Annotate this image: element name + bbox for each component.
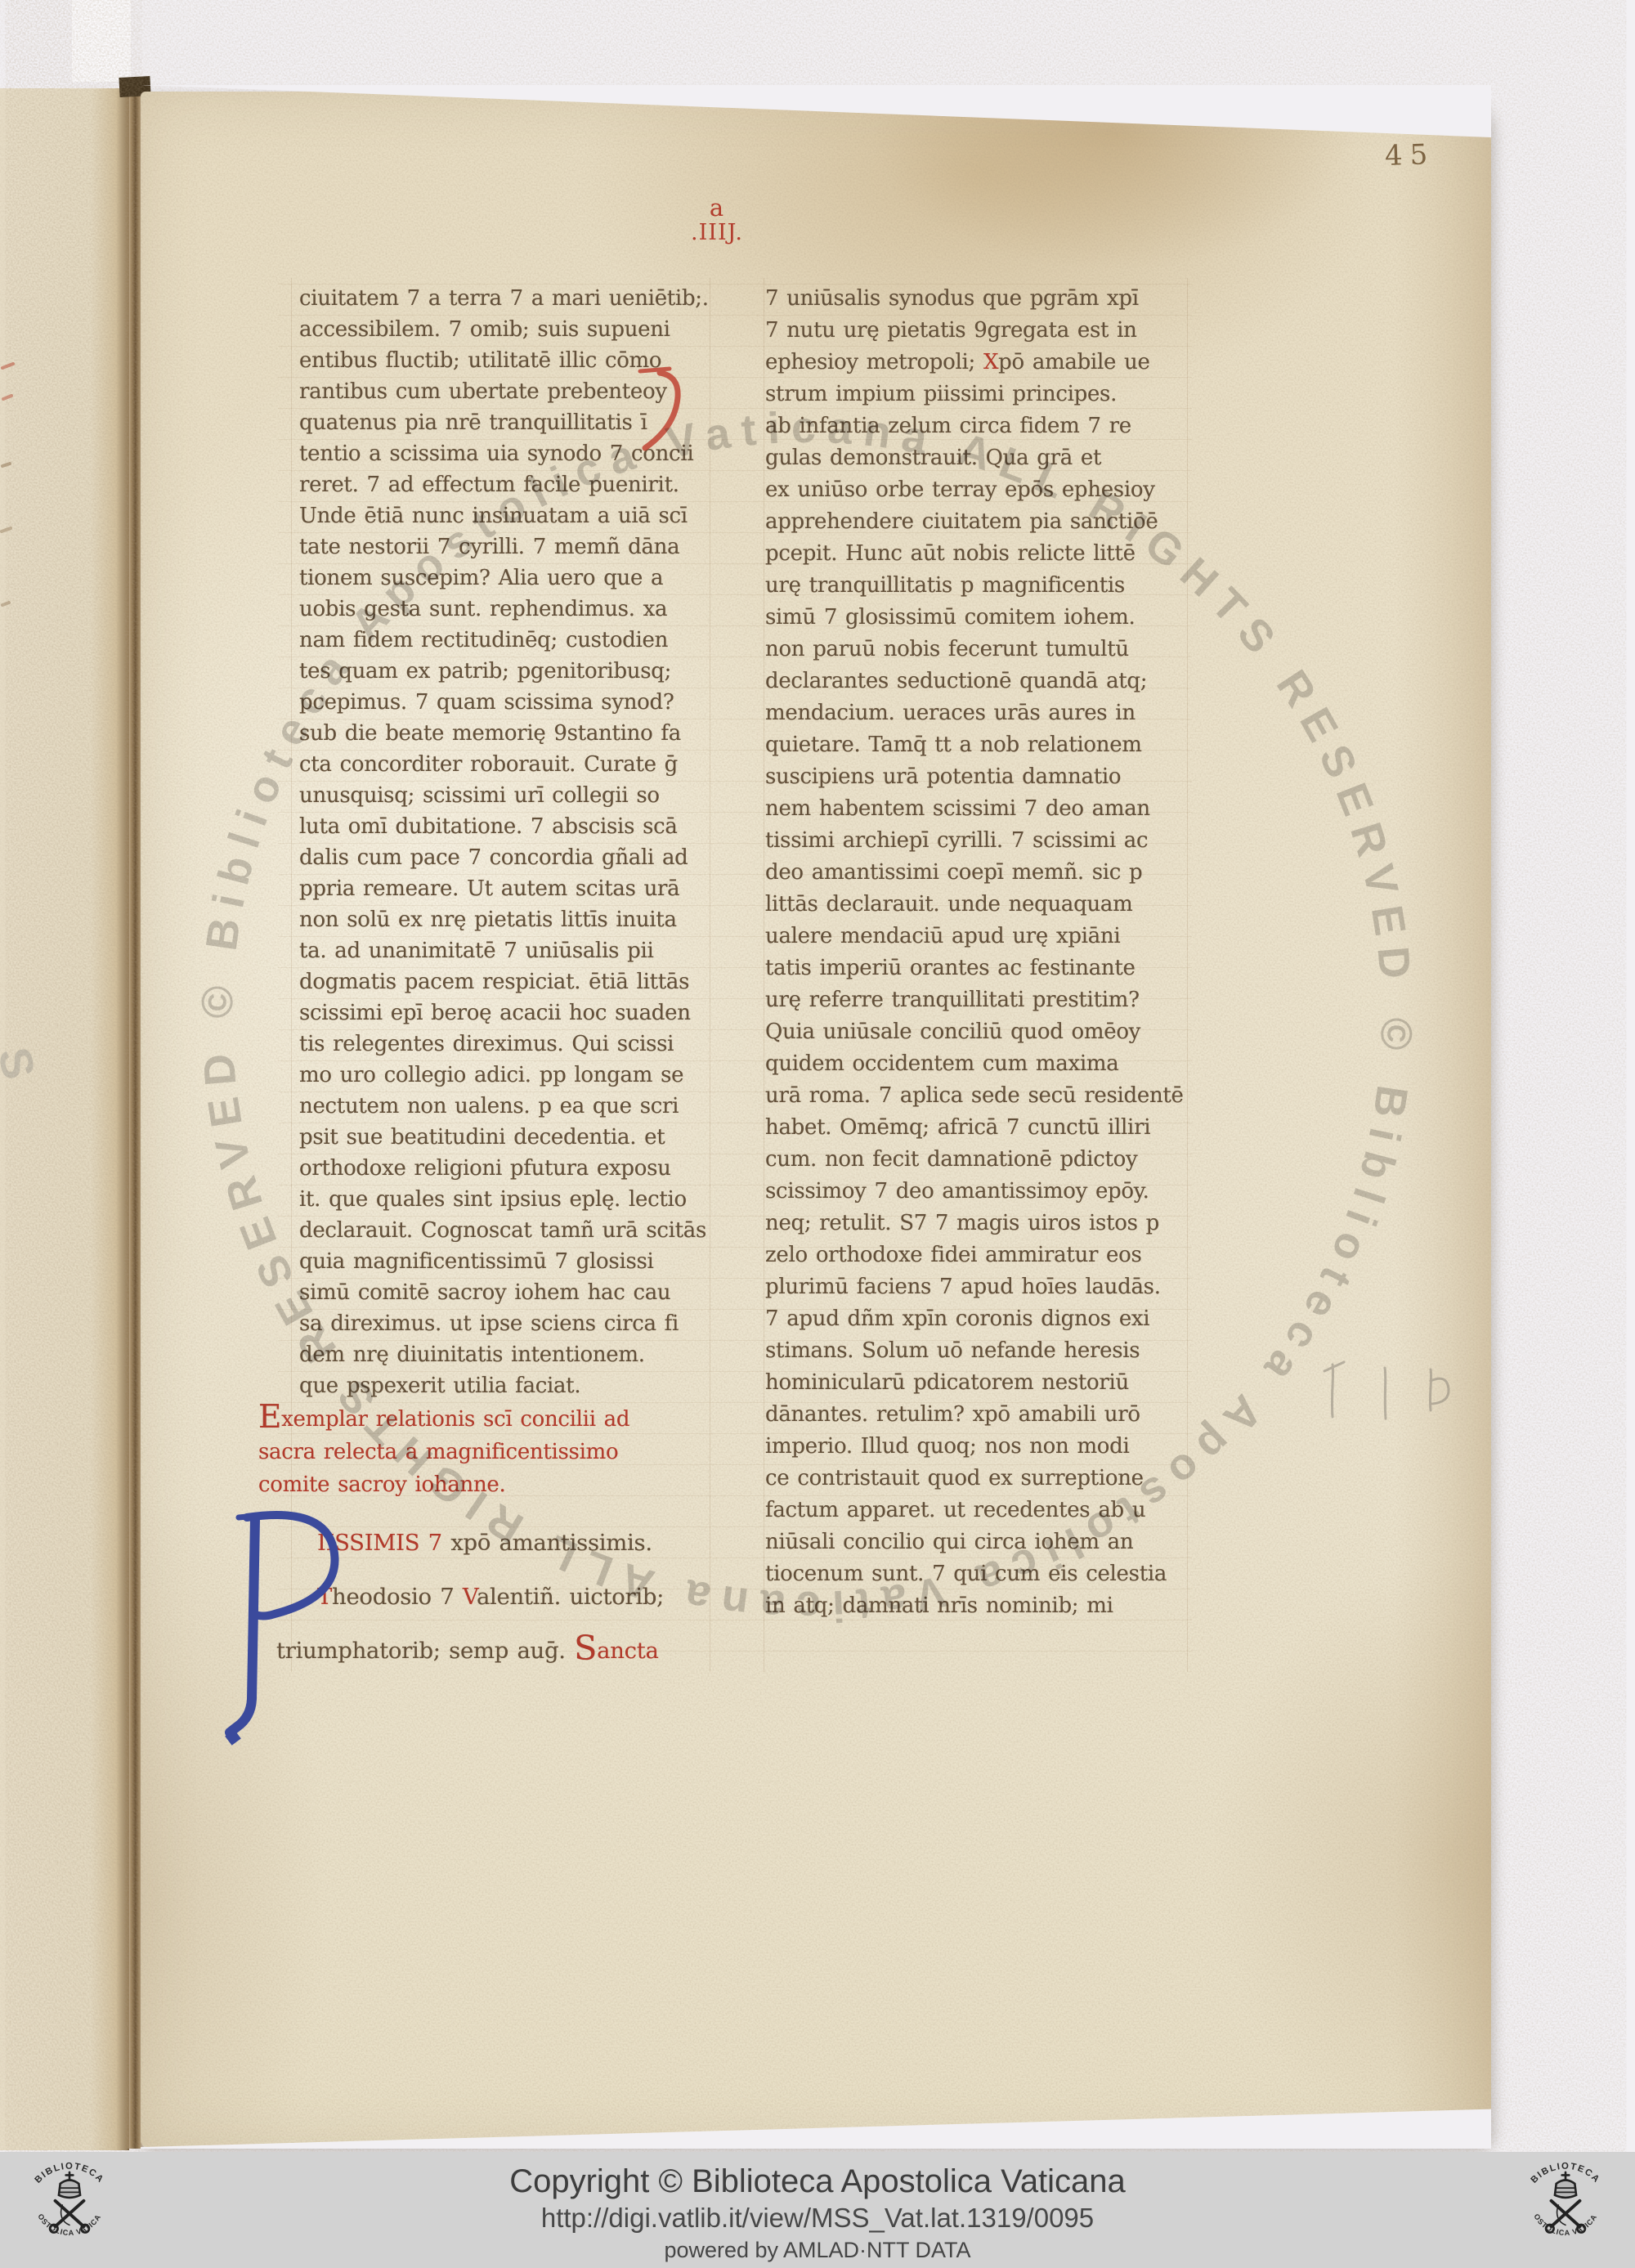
manuscript-line: quidem occidentem cum maxima bbox=[765, 1048, 1184, 1080]
manuscript-line: sacra relecta a magnificentissimo bbox=[258, 1436, 629, 1468]
footer-powered-by: powered by AMLAD·NTT DATA bbox=[0, 2238, 1635, 2263]
manuscript-line: pcepit. Hunc aūt nobis relicte littē bbox=[765, 538, 1184, 570]
manuscript-line: sa direximus. ut ipse sciens circa fi bbox=[299, 1308, 709, 1339]
text-column-right: 7 uniūsalis synodus que pgrām xpī7 nutu … bbox=[765, 283, 1184, 1622]
margin-rule-mid1 bbox=[710, 278, 710, 1672]
manuscript-line: dānantes. retulim? xpō amabili urō bbox=[765, 1399, 1184, 1431]
manuscript-line: ciuitatem 7 a terra 7 a mari ueniētib;. bbox=[299, 283, 709, 314]
manuscript-line: sub die beate memorię 9stantino fa bbox=[299, 718, 709, 749]
manuscript-line: nam fidem rectitudinēq; custodien bbox=[299, 625, 709, 656]
manuscript-line: urę referre tranquillitati prestitim? bbox=[765, 984, 1184, 1016]
manuscript-line: ppria remeare. Ut autem scitas urā bbox=[299, 873, 709, 904]
quire-signature-top: a bbox=[680, 196, 754, 220]
manuscript-line: mendacium. ueraces urās aures in bbox=[765, 697, 1184, 729]
manuscript-line: IISSIMIS 7 xpō amantissimis. bbox=[317, 1516, 664, 1570]
manuscript-line: luta omī dubitatione. 7 abscisis scā bbox=[299, 811, 709, 842]
manuscript-line: tis relegentes direximus. Qui scissi bbox=[299, 1029, 709, 1060]
manuscript-line: tatis imperiū orantes ac festinante bbox=[765, 952, 1184, 984]
manuscript-line: simū comitē sacroy iohem hac cau bbox=[299, 1277, 709, 1308]
manuscript-line: 7 uniūsalis synodus que pgrām xpī bbox=[765, 283, 1184, 315]
manuscript-line: gulas demonstrauit. Qua grā et bbox=[765, 442, 1184, 474]
manuscript-line: Theodosio 7 Valentiñ. uictorib; bbox=[317, 1570, 664, 1624]
manuscript-line: orthodoxe religioni pfutura exposu bbox=[299, 1153, 709, 1184]
manuscript-line: hominicularū pdicatorem nestoriū bbox=[765, 1367, 1184, 1399]
manuscript-line: tate nestorii 7 cyrilli. 7 memñ dāna bbox=[299, 531, 709, 563]
manuscript-line: plurimū faciens 7 apud hoīes laudās. bbox=[765, 1271, 1184, 1303]
manuscript-line: deo amantissimi coepī memñ. sic p bbox=[765, 857, 1184, 889]
manuscript-line: it. que quales sint ipsius eplę. lectio bbox=[299, 1184, 709, 1215]
papal-tiara-and-keys-icon bbox=[1546, 2172, 1585, 2233]
manuscript-line: Quia uniūsale conciliū quod omēoy bbox=[765, 1016, 1184, 1048]
manuscript-line: dem nrę diuinitatis intentionem. bbox=[299, 1339, 709, 1370]
quire-edge-tab bbox=[72, 0, 131, 82]
quire-signature-bottom: .IIIJ. bbox=[680, 221, 754, 244]
manuscript-line: pcepimus. 7 quam scissima synod? bbox=[299, 687, 709, 718]
manuscript-line: ephesioy metropoli; Xpō amabile ue bbox=[765, 347, 1184, 379]
manuscript-line: nem habentem scissimi 7 deo aman bbox=[765, 793, 1184, 825]
manuscript-line: neq; retulit. S7 7 magis uiros istos p bbox=[765, 1208, 1184, 1239]
manuscript-line: habet. Omēmq; africā 7 cunctū illiri bbox=[765, 1112, 1184, 1144]
manuscript-line: cta concorditer roborauit. Curate ḡ bbox=[299, 749, 709, 780]
papal-tiara-and-keys-icon bbox=[50, 2172, 89, 2233]
manuscript-line: suscipiens urā potentia damnatio bbox=[765, 761, 1184, 793]
manuscript-line: 7 apud dñm xpīn coronis dignos exi bbox=[765, 1303, 1184, 1335]
manuscript-line: tes quam ex patrib; pgenitoribusq; bbox=[299, 656, 709, 687]
manuscript-line: scissimoy 7 deo amantissimoy epōy. bbox=[765, 1176, 1184, 1208]
manuscript-line: uobis gesta sunt. rephendimus. xa bbox=[299, 594, 709, 625]
digitized-manuscript-scan: a .IIIJ. 45 ciuitatem 7 a terra 7 a mari… bbox=[0, 0, 1635, 2268]
manuscript-line: unusquisq; scissimi urī collegii so bbox=[299, 780, 709, 811]
manuscript-line: urā roma. 7 aplica sede secū residentē bbox=[765, 1080, 1184, 1112]
footer-url: http://digi.vatlib.it/view/MSS_Vat.lat.1… bbox=[0, 2203, 1635, 2234]
manuscript-line: non paruū nobis fecerunt tumultū bbox=[765, 634, 1184, 666]
manuscript-line: quia magnificentissimū 7 glosissi bbox=[299, 1246, 709, 1277]
manuscript-line: imperio. Illud quoq; nos non modi bbox=[765, 1431, 1184, 1463]
manuscript-line: zelo orthodoxe fidei ammiratur eos bbox=[765, 1239, 1184, 1271]
manuscript-line: declarauit. Cognoscat tamñ urā scitās bbox=[299, 1215, 709, 1246]
manuscript-line: factum apparet. ut recedentes ab u bbox=[765, 1495, 1184, 1526]
manuscript-line: tissimi archiepī cyrilli. 7 scissimi ac bbox=[765, 825, 1184, 857]
margin-rule-mid2 bbox=[764, 278, 764, 1672]
footer-copyright-line: Copyright © Biblioteca Apostolica Vatica… bbox=[0, 2163, 1635, 2200]
vatican-library-emblem-left: BIBLIOTECA APOSTOLICA VATICANA bbox=[20, 2160, 119, 2261]
manuscript-line: dogmatis pacem respiciat. ētiā littās bbox=[299, 966, 709, 997]
rubric-heading: Exemplar relationis scī concilii adsacra… bbox=[258, 1403, 629, 1501]
red-paragraph-flourish bbox=[634, 366, 691, 464]
imperial-address-lines: IISSIMIS 7 xpō amantissimis.Theodosio 7 … bbox=[317, 1516, 664, 1678]
manuscript-line: ex uniūso orbe terray epōs ephesioy bbox=[765, 474, 1184, 506]
manuscript-line: reret. 7 ad effectum facile puenirit. bbox=[299, 469, 709, 500]
manuscript-line: ta. ad unanimitatē 7 uniūsalis pii bbox=[299, 935, 709, 966]
manuscript-line: ab infantia zelum circa fidem 7 re bbox=[765, 410, 1184, 442]
manuscript-line: non solū ex nrę pietatis littīs inuita bbox=[299, 904, 709, 935]
manuscript-line: dalis cum pace 7 concordia gñali ad bbox=[299, 842, 709, 873]
manuscript-line: tiocenum sunt. 7 qui cum eis celestia bbox=[765, 1558, 1184, 1590]
manuscript-line: Unde ētiā nunc insinuatam a uiā scī bbox=[299, 500, 709, 531]
manuscript-line: niūsali concilio qui circa iohem an bbox=[765, 1526, 1184, 1558]
manuscript-line: stimans. Solum uō nefande heresis bbox=[765, 1335, 1184, 1367]
manuscript-line: littās declarauit. unde nequaquam bbox=[765, 889, 1184, 921]
page-edge-discoloration bbox=[1395, 106, 1491, 2126]
manuscript-line: comite sacroy iohanne. bbox=[258, 1468, 629, 1501]
manuscript-line: cum. non fecit damnationē pdictoy bbox=[765, 1144, 1184, 1176]
manuscript-line: tionem suscepim? Alia uero que a bbox=[299, 563, 709, 594]
manuscript-line: simū 7 glosissimū comitem iohem. bbox=[765, 602, 1184, 634]
pencil-marks bbox=[1306, 1353, 1478, 1435]
manuscript-line: ce contristauit quod ex surreptione bbox=[765, 1463, 1184, 1495]
manuscript-line: que pspexerit utilia faciat. bbox=[299, 1370, 709, 1401]
manuscript-line: strum impium piissimi principes. bbox=[765, 379, 1184, 410]
illuminated-initial-P bbox=[222, 1506, 361, 1751]
vatican-library-emblem-right: BIBLIOTECA APOSTOLICA VATICANA bbox=[1516, 2160, 1615, 2261]
manuscript-line: Exemplar relationis scī concilii ad bbox=[258, 1403, 629, 1436]
manuscript-line: ualere mendaciū apud urę xpiāni bbox=[765, 921, 1184, 952]
manuscript-line: accessibilem. 7 omib; suis supueni bbox=[299, 314, 709, 345]
manuscript-line: in atq; damnati nrīs nominib; mi bbox=[765, 1590, 1184, 1622]
manuscript-line: 7 nutu urę pietatis 9gregata est in bbox=[765, 315, 1184, 347]
manuscript-line: quietare. Tamq̄ tt a nob relationem bbox=[765, 729, 1184, 761]
manuscript-line: apprehendere ciuitatem pia sanctiōē bbox=[765, 506, 1184, 538]
manuscript-line: scissimi epī beroę acacii hoc suaden bbox=[299, 997, 709, 1029]
manuscript-line: nectutem non ualens. p ea que scri bbox=[299, 1091, 709, 1122]
manuscript-line: psit sue beatitudini decedentia. et bbox=[299, 1122, 709, 1153]
manuscript-line: urę tranquillitatis p magnificentis bbox=[765, 570, 1184, 602]
margin-rule-right bbox=[1187, 278, 1188, 1672]
manuscript-line: declarantes seductionē quandā atq; bbox=[765, 666, 1184, 697]
folio-number: 45 bbox=[1384, 138, 1436, 173]
facing-page-ink-offsets bbox=[0, 360, 20, 638]
manuscript-line: mo uro collegio adici. pp longam se bbox=[299, 1060, 709, 1091]
